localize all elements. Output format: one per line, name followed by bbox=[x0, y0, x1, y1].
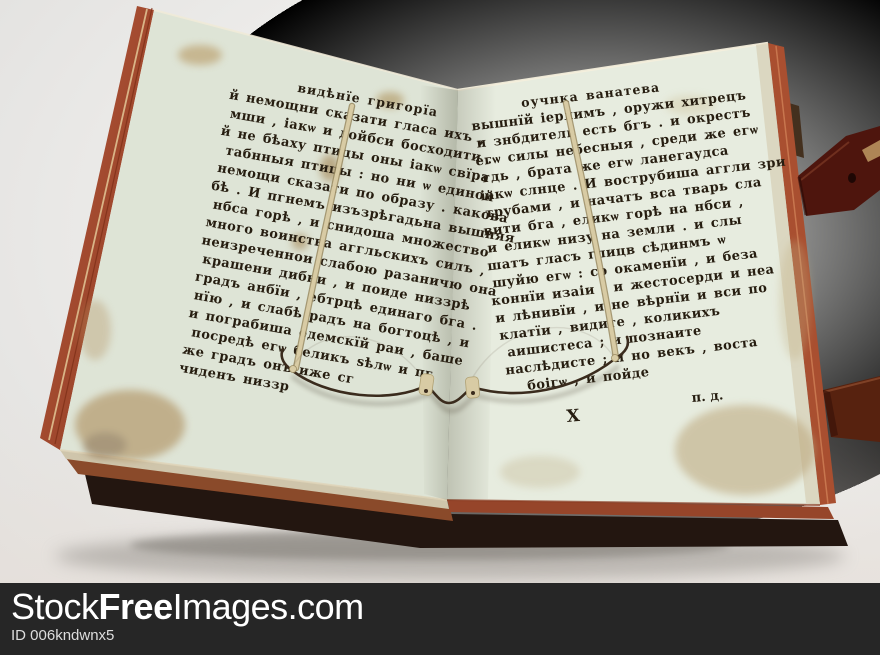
watermark-site-prefix: Stock bbox=[11, 586, 99, 627]
left-rim-joint bbox=[290, 366, 297, 373]
signature-mark: X bbox=[566, 406, 582, 427]
bridge-rivet-right bbox=[471, 391, 475, 395]
clasp-strap-hole bbox=[848, 173, 856, 183]
bridge-rivet-left bbox=[424, 389, 428, 393]
stock-photo-page: видѣнїе григорїа й немощни сказати гласа… bbox=[0, 0, 880, 655]
watermark-image-id: ID 006kndwnx5 bbox=[11, 627, 880, 645]
photo-open-book: видѣнїе григорїа й немощни сказати гласа… bbox=[0, 0, 880, 583]
watermark-site-bold: Free bbox=[99, 586, 173, 627]
watermark-bar: StockFreeImages.com ID 006kndwnx5 bbox=[0, 583, 880, 655]
book: видѣнїе григорїа й немощни сказати гласа… bbox=[40, 6, 848, 548]
book-photo-canvas: видѣнїе григорїа й немощни сказати гласа… bbox=[0, 0, 880, 583]
watermark-site-suffix: Images.com bbox=[173, 586, 364, 627]
bridge-bone-tab-right bbox=[465, 376, 480, 398]
watermark-site-name: StockFreeImages.com bbox=[11, 588, 880, 626]
right-rim-joint bbox=[612, 355, 619, 362]
page-number-mark: п. д. bbox=[691, 388, 724, 406]
